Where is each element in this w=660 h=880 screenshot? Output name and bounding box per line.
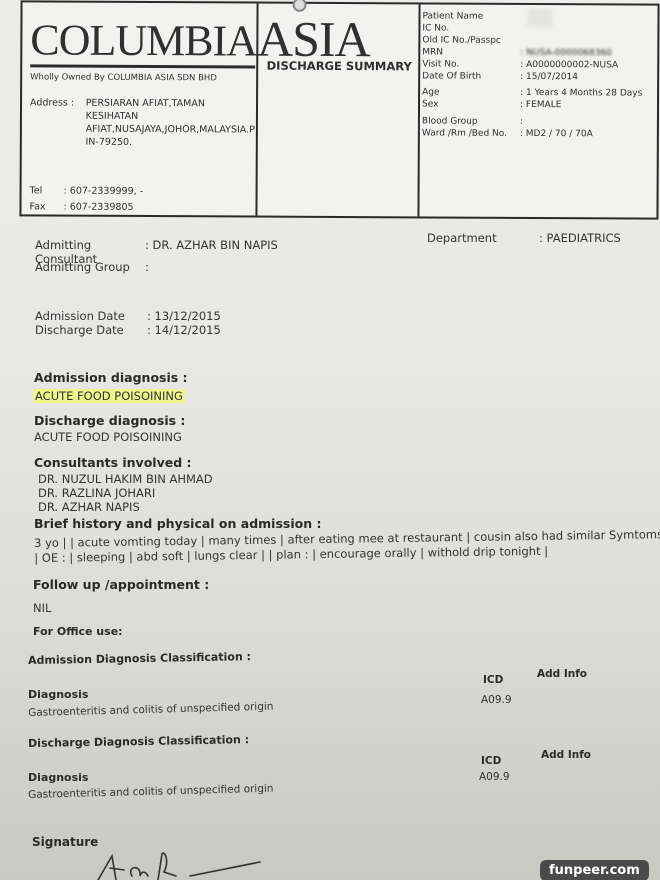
admission-diagnosis-value: ACUTE FOOD POISOINING	[33, 389, 185, 403]
watermark-badge: funpeer.com	[540, 860, 649, 880]
admission-date: Admission Date : 13/12/2015	[35, 309, 221, 323]
discharge-date: Discharge Date : 14/12/2015	[35, 323, 221, 337]
followup-heading: Follow up /appointment :	[33, 577, 209, 592]
discharge-classification-heading: Discharge Diagnosis Classification :	[28, 733, 249, 750]
consultant-name: DR. AZHAR NAPIS	[38, 500, 213, 514]
divider	[255, 4, 258, 216]
department: Department : PAEDIATRICS	[427, 231, 621, 245]
ward-row: Ward /Rm /Bed No.: MD2 / 70 / 70A	[422, 127, 652, 140]
patient-info: Patient Name IC No. Old IC No./Passpc MR…	[422, 10, 653, 140]
history-text: 3 yo | | acute vomting today | many time…	[34, 526, 660, 566]
history-heading: Brief history and physical on admission …	[34, 516, 321, 531]
sex-row: Sex: FEMALE	[422, 98, 652, 111]
discharge-diagnosis-label: Diagnosis	[28, 771, 88, 784]
admission-classification-heading: Admission Diagnosis Classification :	[28, 650, 251, 667]
admitting-group: Admitting Group :	[35, 260, 149, 274]
consultant-name: DR. RAZLINA JOHARI	[38, 486, 213, 500]
discharge-diagnosis-heading: Discharge diagnosis :	[34, 413, 185, 428]
dob-row: Date Of Birth: 15/07/2014	[422, 70, 652, 83]
signature-scribble-icon	[80, 850, 270, 880]
consultant-list: DR. NUZUL HAKIM BIN AHMAD DR. RAZLINA JO…	[38, 472, 213, 514]
followup-value: NIL	[33, 601, 51, 615]
office-heading: For Office use:	[33, 625, 123, 638]
discharge-icd-value: A09.9	[479, 771, 510, 783]
discharge-add-info-label: Add Info	[541, 749, 591, 761]
consultants-heading: Consultants involved :	[34, 455, 192, 470]
tel: Tel : 607-2339999, -	[30, 184, 255, 198]
divider	[417, 4, 420, 216]
discharge-diagnosis-value: ACUTE FOOD POISOINING	[34, 430, 182, 444]
discharge-icd-label: ICD	[481, 755, 501, 767]
fax: Fax : 607-2339805	[29, 200, 254, 214]
header-box: COLUMBIAASIA Wholly Owned By COLUMBIA AS…	[19, 0, 659, 219]
admission-add-info-label: Add Info	[537, 668, 587, 680]
address: Address : PERSIARAN AFIAT,TAMAN KESIHATA…	[30, 96, 255, 149]
consultant-name: DR. NUZUL HAKIM BIN AHMAD	[38, 472, 213, 486]
owned-by: Wholly Owned By COLUMBIA ASIA SDN BHD	[30, 71, 255, 85]
admission-diagnosis-label: Diagnosis	[28, 688, 88, 701]
signature-label: Signature	[32, 835, 98, 849]
admission-diagnosis-heading: Admission diagnosis :	[34, 370, 188, 385]
admission-icd-value: A09.9	[481, 694, 512, 706]
redacted-name	[527, 9, 552, 27]
hospital-info: COLUMBIAASIA Wholly Owned By COLUMBIA AS…	[29, 12, 255, 214]
document-title: DISCHARGE SUMMARY	[262, 59, 416, 74]
discharge-classified-diagnosis: Gastroenteritis and colitis of unspecifi…	[28, 783, 274, 801]
hospital-logo: COLUMBIAASIA	[30, 12, 255, 63]
admission-classified-diagnosis: Gastroenteritis and colitis of unspecifi…	[28, 701, 274, 719]
admission-icd-label: ICD	[483, 674, 503, 686]
